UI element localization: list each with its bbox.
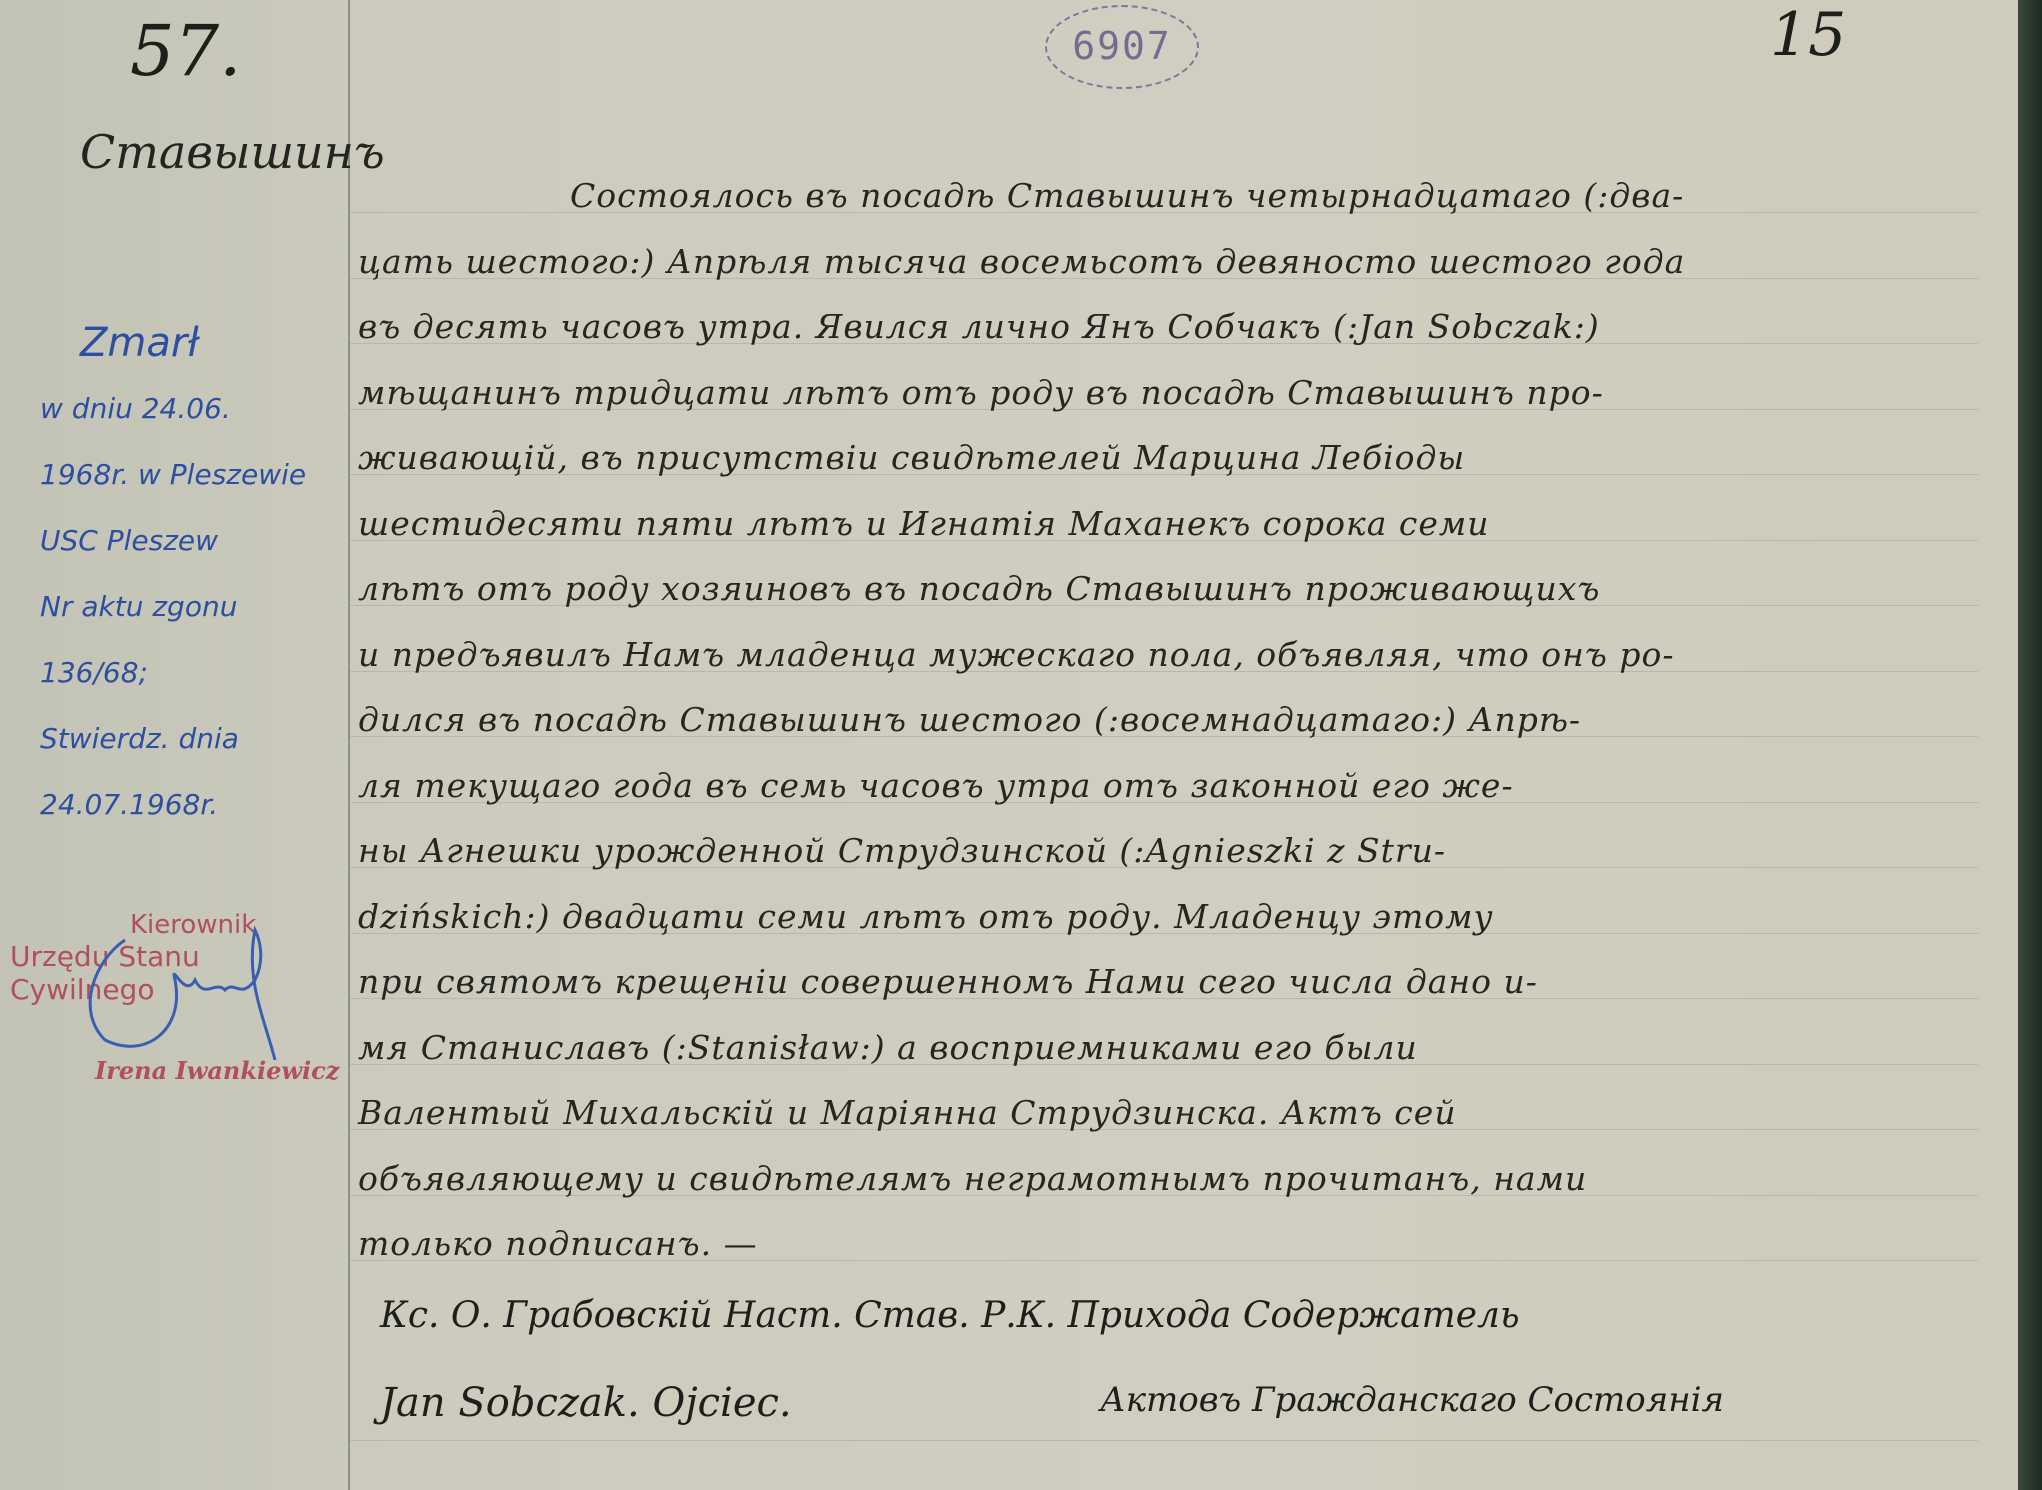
record-line: объявляющему и свидѣтелямъ неграмотнымъ …	[350, 1148, 1990, 1214]
record-line: только подписанъ. —	[350, 1213, 1990, 1279]
record-line: Состоялось въ посадѣ Ставышинъ четырнадц…	[350, 165, 1990, 231]
register-page: 57. 15 6907 Ставышинъ Состоялось въ поса…	[0, 0, 2018, 1490]
folio-number: 57.	[130, 10, 241, 92]
record-line: ля текущаго года въ семь часовъ утра отъ…	[350, 755, 1990, 821]
registrar-signature-icon	[65, 920, 295, 1060]
priest-signature: Кс. О. Грабовскій Наст. Став. Р.К. Прихо…	[380, 1295, 2000, 1336]
stamp-name: Irena Iwankiewicz	[10, 1056, 350, 1085]
record-line: Валентый Михальскій и Маріянна Струдзинс…	[350, 1082, 1990, 1148]
death-annotation: Zmarł w dniu 24.06. 1968r. w Pleszewie U…	[40, 310, 340, 838]
book-binding	[2018, 0, 2042, 1490]
annotation-line: 24.07.1968r.	[40, 772, 340, 838]
annotation-line: w dniu 24.06.	[40, 376, 340, 442]
father-signature: Jan Sobczak. Ojciec.	[380, 1380, 792, 1426]
annotation-line: 1968r. w Pleszewie	[40, 442, 340, 508]
annotation-line: Zmarł	[40, 310, 340, 376]
father-signature-line: Jan Sobczak. Ojciec. Актовъ Гражданскаго…	[380, 1380, 2000, 1426]
record-line: въ десять часовъ утра. Явился лично Янъ …	[350, 296, 1990, 362]
annotation-line: Stwierdz. dnia	[40, 706, 340, 772]
registrar-title: Актовъ Гражданскаго Состоянія	[1100, 1380, 1724, 1420]
village-heading: Ставышинъ	[80, 125, 385, 179]
record-line: и предъявилъ Намъ младенца мужескаго пол…	[350, 624, 1990, 690]
record-line: цать шестого:) Апрѣля тысяча восемьсотъ …	[350, 231, 1990, 297]
record-line: при святомъ крещеніи совершенномъ Нами с…	[350, 951, 1990, 1017]
record-line: дился въ посадѣ Ставышинъ шестого (:восе…	[350, 689, 1990, 755]
annotation-line: Nr aktu zgonu	[40, 574, 340, 640]
record-line: лѣтъ отъ роду хозяиновъ въ посадѣ Ставыш…	[350, 558, 1990, 624]
record-body: Состоялось въ посадѣ Ставышинъ четырнадц…	[350, 165, 1990, 1279]
page-number: 15	[1770, 0, 1846, 70]
archive-stamp: 6907	[1045, 5, 1199, 89]
record-line: dzińskich:) двадцати семи лѣтъ отъ роду.…	[350, 886, 1990, 952]
annotation-line: USC Pleszew	[40, 508, 340, 574]
record-line: ны Агнешки урожденной Струдзинской (:Agn…	[350, 820, 1990, 886]
record-line: мя Станиславъ (:Stanisław:) а восприемни…	[350, 1017, 1990, 1083]
record-line: шестидесяти пяти лѣтъ и Игнатія Маханекъ…	[350, 493, 1990, 559]
record-line: мѣщанинъ тридцати лѣтъ отъ роду въ посад…	[350, 362, 1990, 428]
record-line: живающій, въ присутствіи свидѣтелей Марц…	[350, 427, 1990, 493]
ruled-line	[350, 1440, 1978, 1441]
annotation-line: 136/68;	[40, 640, 340, 706]
